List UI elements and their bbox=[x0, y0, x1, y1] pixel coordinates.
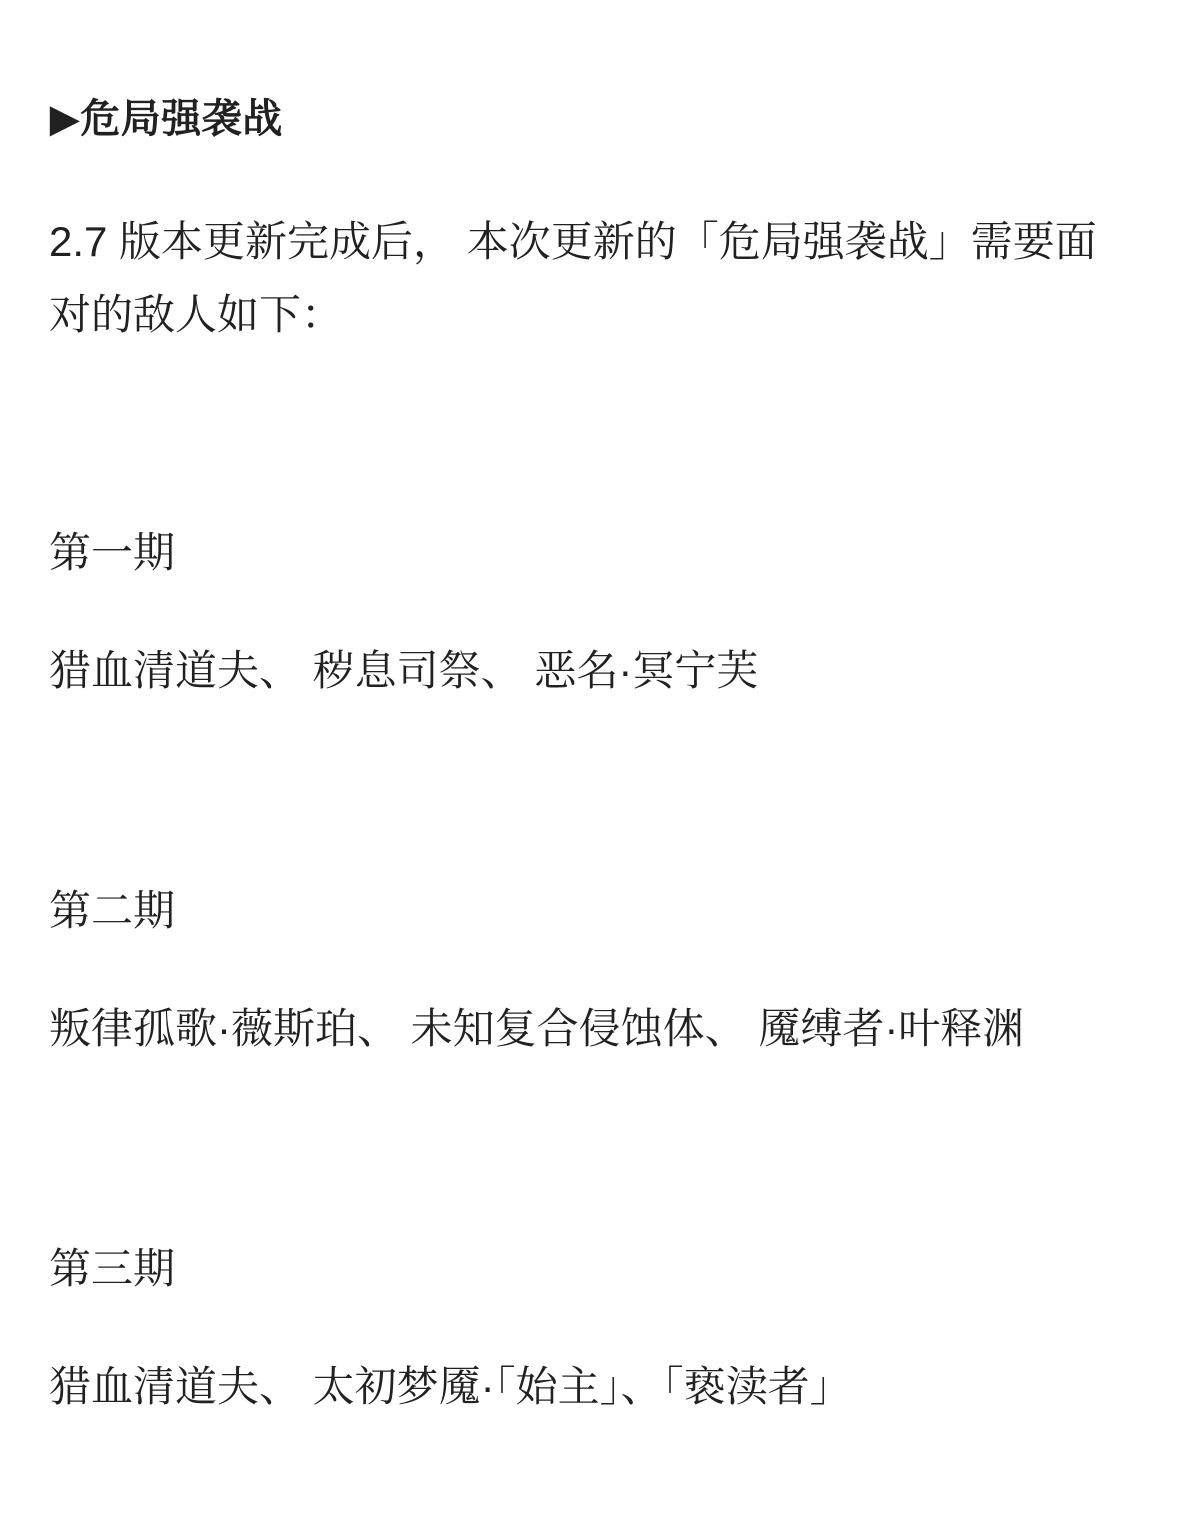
phase-3-section: 第三期 猎血清道夫、 太初梦魇·「始主」、「亵渎者」 bbox=[49, 1232, 1130, 1423]
announcement-page: ▶危局强袭战 2.7 版本更新完成后， 本次更新的「危局强袭战」需要面 对的敌人… bbox=[0, 0, 1179, 1523]
intro-line-2: 对的敌人如下： bbox=[49, 278, 1130, 351]
section-heading: ▶危局强袭战 bbox=[49, 83, 1130, 156]
phase-3-label: 第三期 bbox=[49, 1232, 1130, 1305]
section-heading-text: 危局强袭战 bbox=[80, 97, 283, 141]
phase-1-enemy-list: 猎血清道夫、 秽息司祭、 恶名·冥宁芙 bbox=[49, 634, 1130, 707]
intro-line-1: 2.7 版本更新完成后， 本次更新的「危局强袭战」需要面 bbox=[49, 205, 1130, 278]
phase-2-section: 第二期 叛律孤歌·薇斯珀、 未知复合侵蚀体、 魇缚者·叶释渊 bbox=[49, 874, 1130, 1065]
phase-1-section: 第一期 猎血清道夫、 秽息司祭、 恶名·冥宁芙 bbox=[49, 516, 1130, 707]
play-marker-icon: ▶ bbox=[50, 86, 79, 153]
intro-paragraph: 2.7 版本更新完成后， 本次更新的「危局强袭战」需要面 对的敌人如下： bbox=[49, 205, 1130, 351]
phase-2-label: 第二期 bbox=[49, 874, 1130, 947]
phase-2-enemy-list: 叛律孤歌·薇斯珀、 未知复合侵蚀体、 魇缚者·叶释渊 bbox=[49, 992, 1130, 1065]
phase-3-enemy-list: 猎血清道夫、 太初梦魇·「始主」、「亵渎者」 bbox=[49, 1350, 1130, 1423]
phase-1-label: 第一期 bbox=[49, 516, 1130, 589]
